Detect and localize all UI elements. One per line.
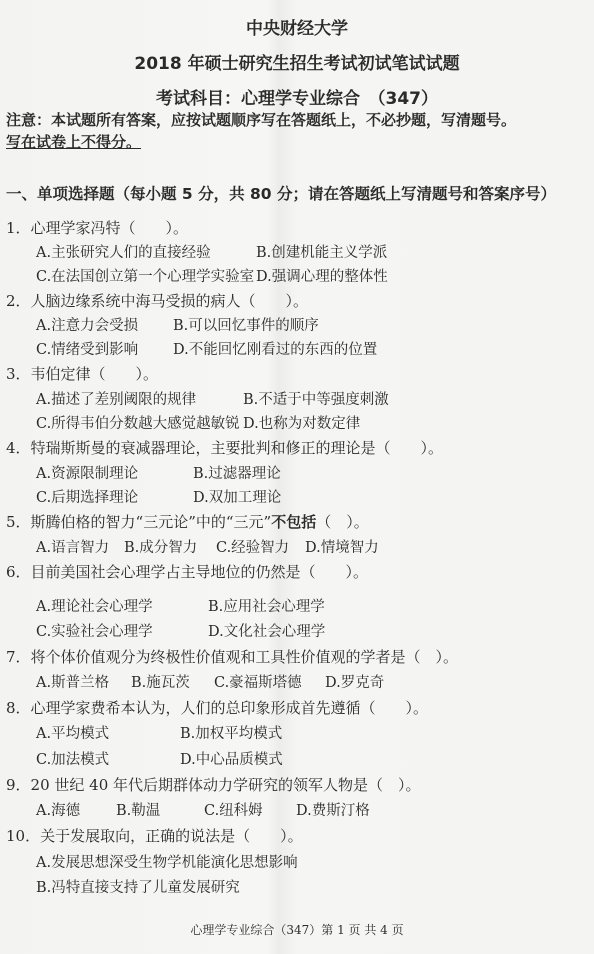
question-6-option-a: A.理论社会心理学 [36, 595, 153, 616]
section-title: 一、单项选择题（每小题 5 分，共 80 分；请在答题纸上写清题号和答案序号） [6, 182, 556, 204]
question-7-option-d: D.罗克奇 [325, 671, 384, 692]
question-6-option-b: B.应用社会心理学 [208, 595, 325, 616]
question-10-option-b: B.冯特直接支持了儿童发展研究 [36, 876, 240, 897]
question-5-stem: 5．斯腾伯格的智力“三元论”中的“三元”不包括（ ）。 [6, 511, 369, 532]
question-3-option-a: A.描述了差别阈限的规律 [36, 388, 196, 409]
question-7-option-a: A.斯普兰格 [36, 671, 109, 692]
exam-title: 2018 年硕士研究生招生考试初试笔试试题 [0, 49, 594, 74]
question-5-stem-end: （ ）。 [316, 513, 369, 531]
question-1-option-a: A.主张研究人们的直接经验 [36, 241, 211, 262]
question-6-option-c: C.实验社会心理学 [36, 620, 153, 641]
question-4-option-a: A.资源限制理论 [36, 462, 138, 483]
question-4-option-d: D.双加工理论 [193, 486, 281, 507]
page-footer: 心理学专业综合（347）第 1 页 共 4 页 [0, 921, 594, 938]
question-3-stem: 3．韦伯定律（ ）。 [6, 363, 158, 384]
question-4-stem: 4．特瑞斯斯曼的衰减器理论，主要批判和修正的理论是（ ）。 [6, 437, 443, 458]
question-10-stem: 10．关于发展取向，正确的说法是（ ）。 [6, 825, 303, 846]
question-2-option-a: A.注意力会受损 [36, 314, 138, 335]
question-4-option-b: B.过滤器理论 [193, 462, 281, 483]
question-2-stem: 2．人脑边缘系统中海马受损的病人（ ）。 [6, 290, 308, 311]
question-5-option-b: B.成分智力 [124, 536, 197, 557]
question-7-option-b: B.施瓦茨 [131, 671, 190, 692]
question-9-option-c: C.纽科姆 [204, 799, 263, 820]
question-3-option-b: B.不适于中等强度刺激 [243, 388, 389, 409]
question-8-option-b: B.加权平均模式 [180, 722, 282, 743]
question-6-option-d: D.文化社会心理学 [208, 620, 325, 641]
question-6-stem: 6．目前美国社会心理学占主导地位的仍然是（ ）。 [6, 561, 368, 582]
question-7-option-c: C.豪福斯塔德 [214, 671, 302, 692]
question-1-option-b: B.创建机能主义学派 [256, 241, 387, 262]
question-4-option-c: C.后期选择理论 [36, 486, 138, 507]
question-3-option-d: D.也称为对数定律 [243, 412, 360, 433]
notice-warning: 写在试卷上不得分。 [6, 131, 141, 152]
question-1-option-c: C.在法国创立第一个心理学实验室 [36, 265, 254, 286]
question-2-option-b: B.可以回忆事件的顺序 [173, 314, 319, 335]
question-5-stem-text: 5．斯腾伯格的智力“三元论”中的“三元” [6, 513, 271, 531]
question-5-option-c: C.经验智力 [216, 536, 289, 557]
question-5-option-a: A.语言智力 [36, 536, 109, 557]
question-9-stem: 9．20 世纪 40 年代后期群体动力学研究的领军人物是（ ）。 [6, 774, 421, 795]
notice-text: 注意：本试题所有答案，应按试题顺序写在答题纸上，不必抄题，写清题号。 [6, 110, 516, 131]
question-8-stem: 8．心理学家费希本认为，人们的总印象形成首先遵循（ ）。 [6, 697, 428, 718]
exam-page: 中央财经大学 2018 年硕士研究生招生考试初试笔试试题 考试科目：心理学专业综… [0, 0, 594, 954]
question-8-option-c: C.加法模式 [36, 748, 109, 769]
question-2-option-d: D.不能回忆刚看过的东西的位置 [173, 338, 377, 359]
question-3-option-c: C.所得韦伯分数越大感觉越敏锐 [36, 412, 240, 433]
question-2-option-c: C.情绪受到影响 [36, 338, 138, 359]
question-9-option-d: D.费斯汀格 [296, 799, 370, 820]
question-1-option-d: D.强调心理的整体性 [256, 265, 388, 286]
question-5-emphasis: 不包括 [271, 513, 316, 531]
university-title: 中央财经大学 [0, 14, 594, 39]
question-10-option-a: A.发展思想深受生物学机能演化思想影响 [36, 851, 298, 872]
question-1-stem: 1．心理学家冯特（ ）。 [6, 217, 188, 238]
question-8-option-d: D.中心品质模式 [180, 748, 283, 769]
question-8-option-a: A.平均模式 [36, 722, 109, 743]
exam-subject: 考试科目：心理学专业综合 （347） [0, 84, 594, 109]
question-9-option-a: A.海德 [36, 799, 80, 820]
question-5-option-d: D.情境智力 [305, 536, 379, 557]
question-7-stem: 7．将个体价值观分为终极性价值观和工具性价值观的学者是（ ）。 [6, 646, 458, 667]
question-9-option-b: B.勒温 [116, 799, 160, 820]
